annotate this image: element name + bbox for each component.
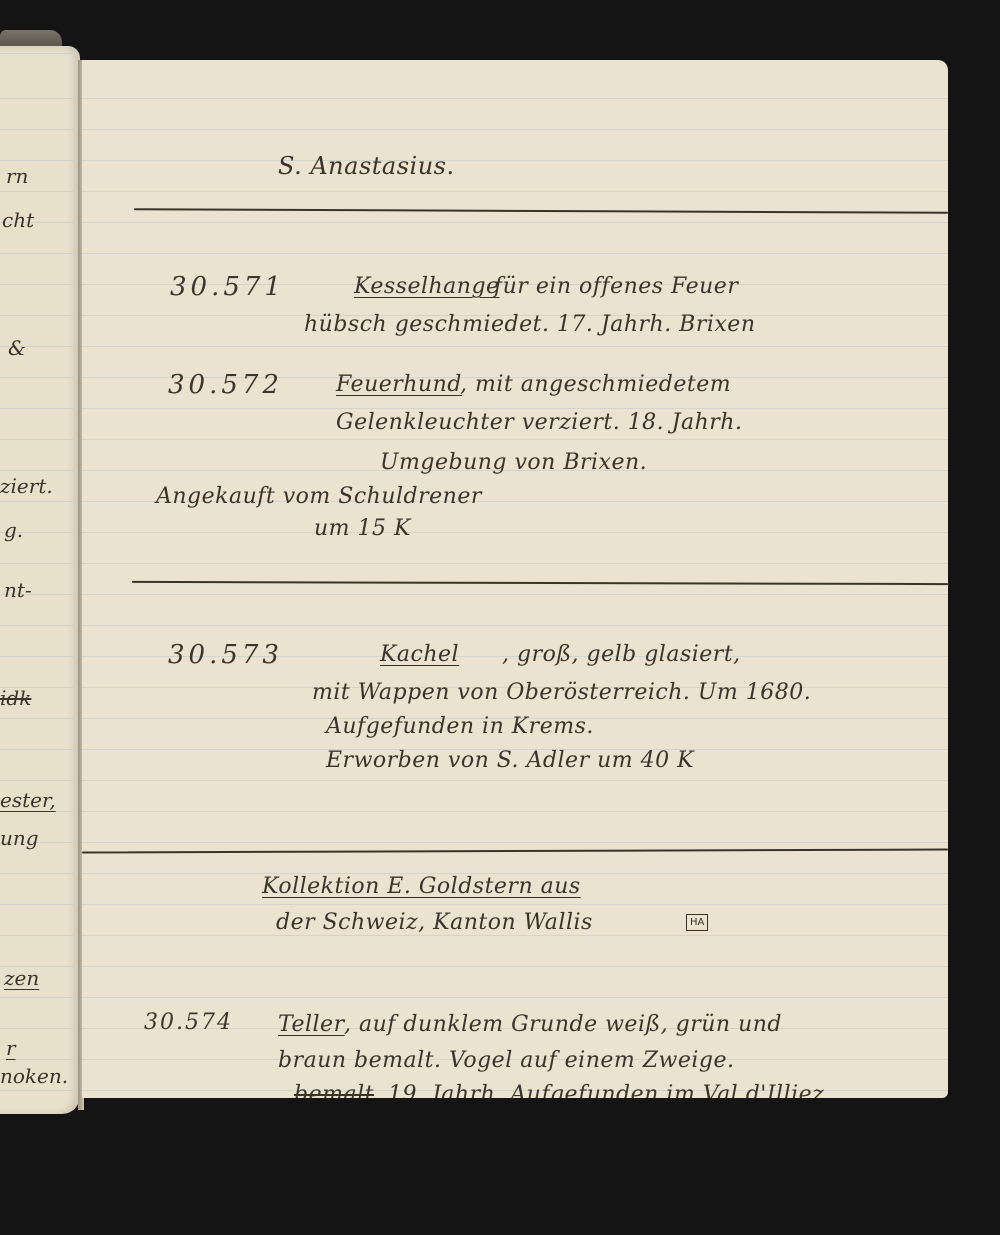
left-margin-fragment: noken. [0, 1064, 68, 1088]
object-name: Kachel [380, 642, 459, 667]
entry-line: Gelenkleuchter verziert. 18. Jahrh. [336, 410, 742, 435]
entry-line: , mit angeschmiedetem [460, 372, 731, 397]
collection-heading-line2: der Schweiz, Kanton Wallis [276, 910, 593, 935]
left-margin-fragment: nt- [4, 578, 32, 602]
entry-line: hübsch geschmiedet. 17. Jahrh. Brixen [304, 312, 756, 337]
entry-line: , auf dunklem Grunde weiß, grün und [344, 1012, 782, 1037]
entry-line: Angekauft vom Schuldrener [156, 484, 482, 509]
left-margin-fragment: idk [0, 686, 31, 710]
object-name: Feuerhund [336, 372, 462, 397]
entry-line: 19. Jahrh. Aufgefunden im Val d'Illiez [388, 1082, 824, 1098]
left-margin-fragment: rn [6, 164, 28, 188]
entry-line: für ein offenes Feuer [494, 274, 738, 299]
object-name: Teller [278, 1012, 345, 1037]
entry-line: Erworben von S. Adler um 40 K [326, 748, 694, 773]
archive-stamp: HA [686, 914, 708, 931]
object-name: Kesselhange [354, 274, 500, 299]
entry-line: , groß, gelb glasiert, [502, 642, 741, 667]
left-margin-fragment: & [8, 336, 26, 360]
inventory-number: 30.574 [144, 1010, 233, 1035]
inventory-number: 30.572 [168, 370, 283, 400]
left-margin-fragment: ung [0, 826, 39, 850]
right-page: S. Anastasius. 30.571 Kesselhange für ei… [82, 60, 948, 1098]
left-margin-fragment: g. [4, 518, 23, 542]
left-page: rn cht & ziert. g. nt- idk ester, ung ze… [0, 46, 80, 1114]
struck-word: bemalt [294, 1082, 374, 1098]
collection-heading-line1: Kollektion E. Goldstern aus [262, 874, 581, 899]
inventory-number: 30.573 [168, 640, 283, 670]
entry-line: Aufgefunden in Krems. [326, 714, 594, 739]
inventory-number: 30.571 [170, 272, 285, 302]
page-heading: S. Anastasius. [278, 152, 455, 180]
entry-line: braun bemalt. Vogel auf einem Zweige. [278, 1048, 735, 1073]
left-margin-fragment: r [6, 1036, 16, 1060]
entry-line: Umgebung von Brixen. [380, 450, 647, 475]
page-ruling [82, 60, 948, 1098]
left-margin-fragment: zen [4, 966, 39, 990]
entry-line: um 15 K [314, 516, 411, 541]
left-margin-fragment: ziert. [0, 474, 53, 498]
entry-line: mit Wappen von Oberösterreich. Um 1680. [312, 680, 811, 705]
left-margin-fragment: ester, [0, 788, 56, 812]
left-margin-fragment: cht [2, 208, 34, 232]
